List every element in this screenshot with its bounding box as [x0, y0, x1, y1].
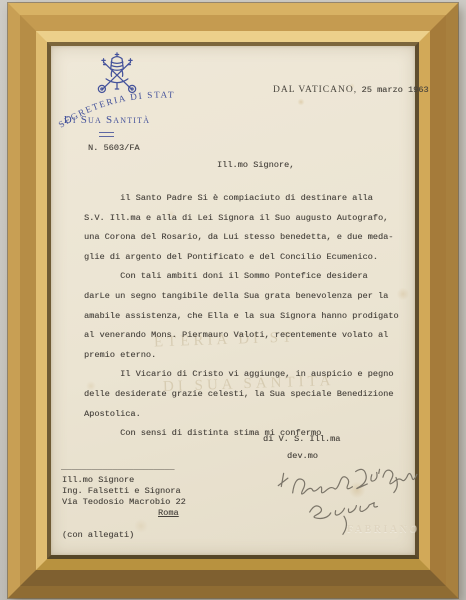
letter-paper: ETERIA DI ST DI SUA SANTITA FABRIANO	[51, 46, 415, 555]
handwritten-signature	[271, 454, 425, 542]
recipient-line2: Ing. Falsetti e Signora	[62, 486, 181, 497]
enclosures-note: (con allegati)	[62, 530, 134, 541]
frame-inner-lip: ETERIA DI ST DI SUA SANTITA FABRIANO	[36, 31, 430, 570]
recipient-line1: Ill.mo Signore	[62, 475, 134, 486]
recipient-city: Roma	[158, 508, 179, 519]
recipient-rule: ______________________	[61, 462, 174, 473]
letter-body: il Santo Padre Si è compiaciuto di desti…	[84, 189, 424, 444]
frame-shadow-gap: ETERIA DI ST DI SUA SANTITA FABRIANO	[47, 42, 419, 559]
valediction-line1: di V. S. Ill.ma	[263, 434, 340, 444]
dateline: DAL VATICANO, 25 marzo 1963	[273, 79, 429, 97]
frame-middle-band: ETERIA DI ST DI SUA SANTITA FABRIANO	[20, 15, 446, 586]
recipient-line3: Via Teodosio Macrobio 22	[62, 497, 186, 508]
dateline-typed: 25 marzo 1963	[362, 85, 429, 95]
greeting: Ill.mo Signore,	[217, 160, 294, 170]
letterhead-ornament	[99, 132, 114, 137]
gilt-frame: ETERIA DI ST DI SUA SANTITA FABRIANO	[8, 3, 458, 598]
protocol-number: N. 5603/FA	[88, 143, 140, 153]
letterhead-subtitle: Di Sua Santità	[57, 114, 157, 126]
framed-letter-photo: ETERIA DI ST DI SUA SANTITA FABRIANO	[0, 0, 466, 600]
dateline-printed: DAL VATICANO,	[273, 85, 357, 95]
